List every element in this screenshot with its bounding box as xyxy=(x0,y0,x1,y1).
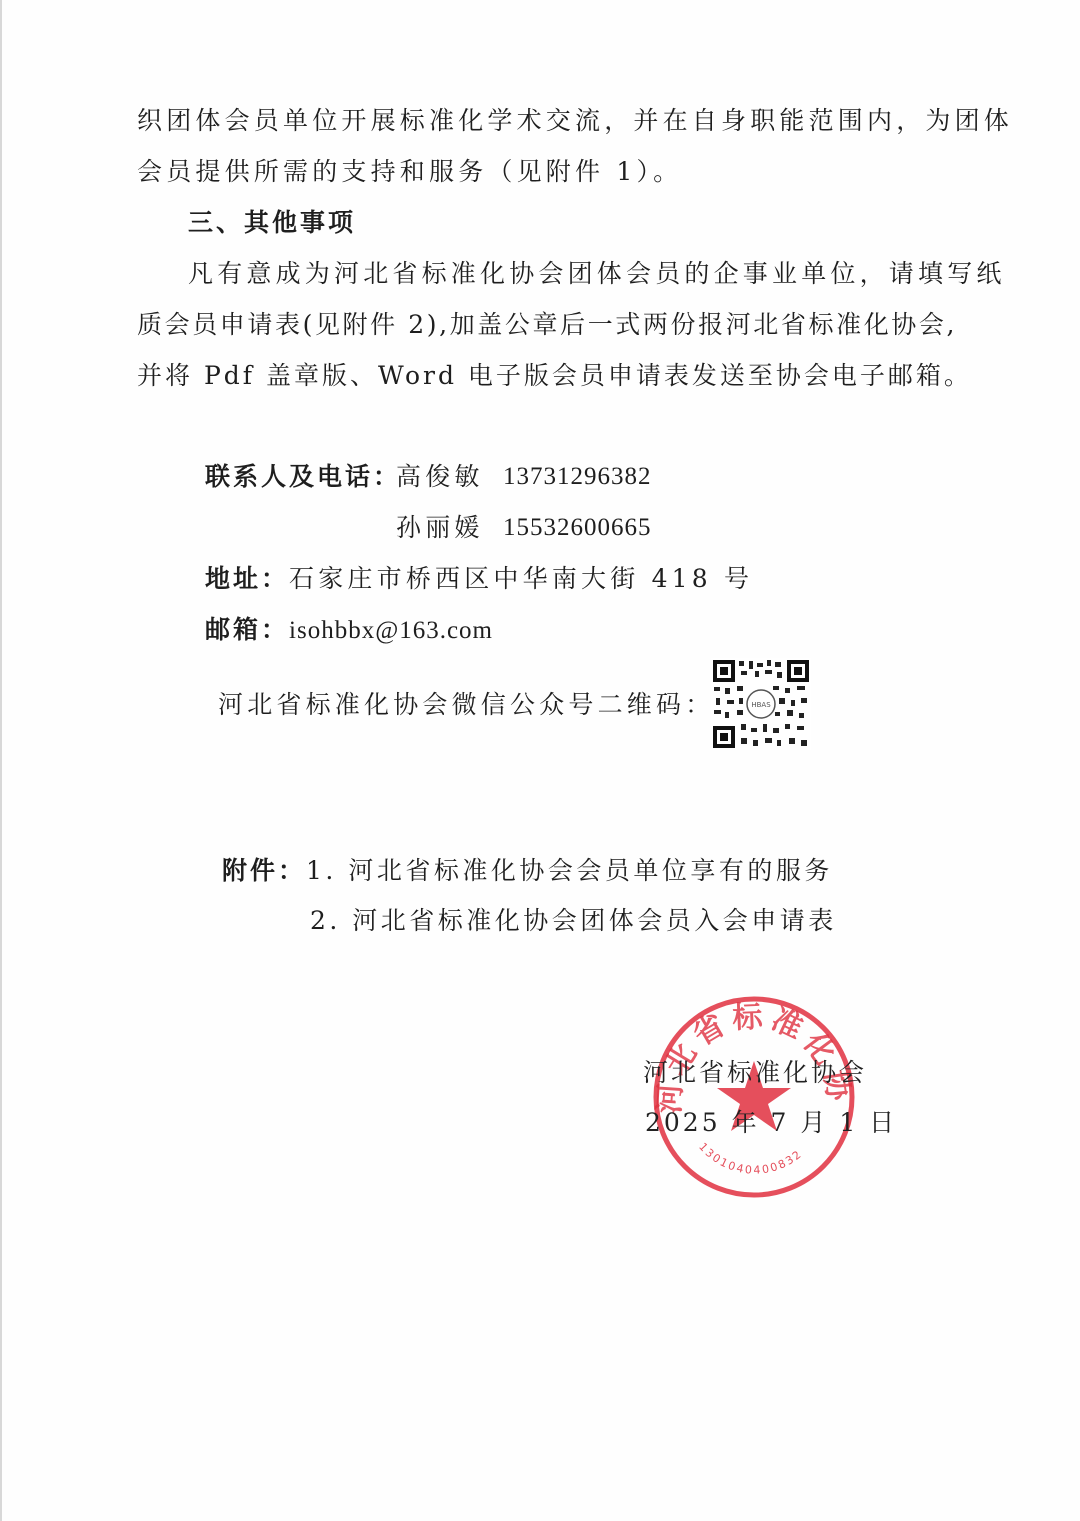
attachments-label: 附件： xyxy=(222,856,306,885)
contact-name: 高俊敏 xyxy=(396,462,484,492)
address-label: 地址： xyxy=(205,564,289,593)
qr-code-icon: HBAS xyxy=(711,658,811,750)
page-edge xyxy=(0,0,2,1521)
wechat-label: 河北省标准化协会微信公众号二维码： xyxy=(218,690,714,720)
svg-text:1301040400832: 1301040400832 xyxy=(696,1140,805,1177)
paragraph-line: 凡有意成为河北省标准化协会团体会员的企事业单位，请填写纸 xyxy=(188,259,1006,289)
contact-row: 联系人及电话： xyxy=(205,462,401,492)
official-seal: 河北省标准化协会 1301040400832 xyxy=(652,995,857,1200)
attachment-item: 1. 河北省标准化协会会员单位享有的服务 xyxy=(306,856,833,885)
paragraph-line: 质会员申请表(见附件 2),加盖公章后一式两份报河北省标准化协会, xyxy=(137,310,957,340)
email-label: 邮箱： xyxy=(205,615,289,644)
signature-date: 2025 年 7 月 1 日 xyxy=(645,1108,897,1138)
contact-name: 孙丽媛 xyxy=(396,513,484,543)
contact-label: 联系人及电话： xyxy=(205,462,401,491)
address-value: 石家庄市桥西区中华南大街 418 号 xyxy=(289,564,753,593)
email-value: isohbbx@163.com xyxy=(289,617,493,644)
paragraph-line: 并将 Pdf 盖章版、Word 电子版会员申请表发送至协会电子邮箱。 xyxy=(137,361,972,391)
svg-text:HBAS: HBAS xyxy=(751,701,771,709)
contact-phone: 13731296382 xyxy=(503,462,652,492)
signature-org: 河北省标准化协会 xyxy=(643,1058,867,1088)
contact-phone: 15532600665 xyxy=(503,513,652,543)
paragraph-line: 织团体会员单位开展标准化学术交流，并在自身职能范围内，为团体 xyxy=(137,106,1013,136)
attachment-item: 2. 河北省标准化协会团体会员入会申请表 xyxy=(310,906,837,936)
paragraph-line: 会员提供所需的支持和服务（见附件 1）。 xyxy=(137,157,682,187)
section-heading: 三、其他事项 xyxy=(188,208,356,238)
